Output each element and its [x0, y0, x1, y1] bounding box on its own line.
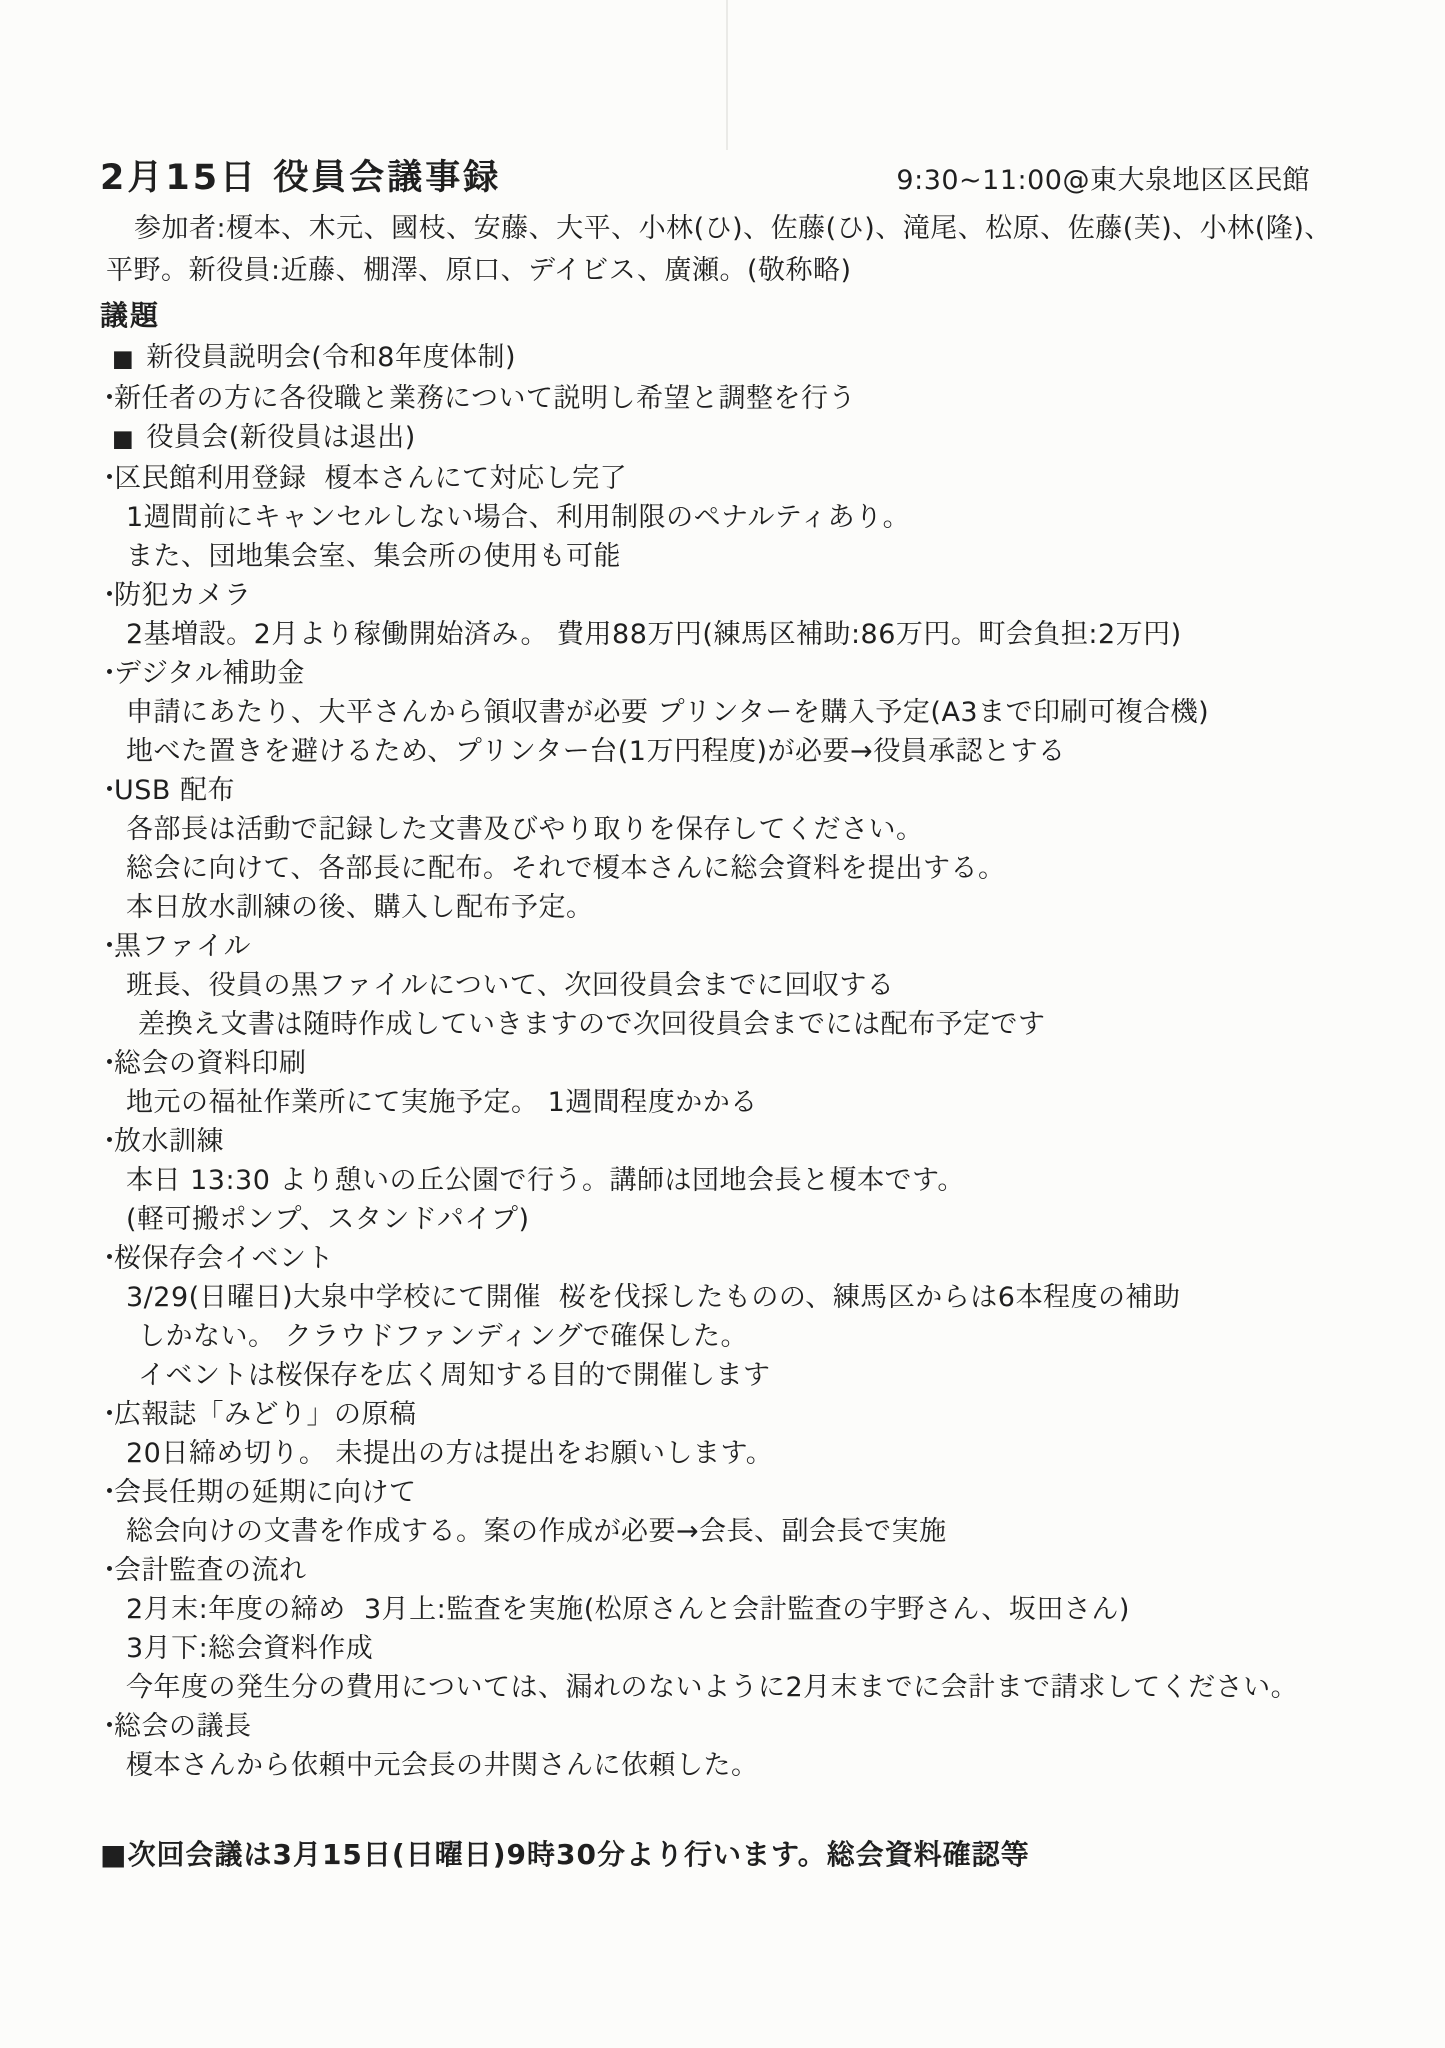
- dot-bullet-icon: ・: [96, 379, 114, 418]
- agenda-line-text: 本日放水訓練の後、購入し配布予定。: [126, 892, 594, 923]
- agenda-line: 2月末:年度の締め 3月上:監査を実施(松原さんと会計監査の宇野さん、坂田さん): [100, 1590, 1405, 1629]
- agenda-line: ・会計監査の流れ: [100, 1551, 1405, 1590]
- agenda-line: 20日締め切り。 未提出の方は提出をお願いします。: [100, 1434, 1405, 1473]
- agenda-line: 1週間前にキャンセルしない場合、利用制限のペナルティあり。: [100, 498, 1405, 537]
- agenda-line-text: 班長、役員の黒ファイルについて、次回役員会までに回収する: [126, 970, 894, 1001]
- agenda-line: ・新任者の方に各役職と業務について説明し希望と調整を行う: [100, 379, 1405, 418]
- agenda-line: ・会長任期の延期に向けて: [100, 1473, 1405, 1512]
- agenda-list: ■新役員説明会(令和8年度体制)・新任者の方に各役職と業務について説明し希望と調…: [100, 338, 1405, 1785]
- agenda-line: 今年度の発生分の費用については、漏れのないように2月末までに会計まで請求してくだ…: [100, 1668, 1405, 1707]
- agenda-line-text: 新役員説明会(令和8年度体制): [146, 342, 516, 373]
- agenda-line: 3/29(日曜日)大泉中学校にて開催 桜を伐採したものの、練馬区からは6本程度の…: [100, 1278, 1405, 1317]
- agenda-line-text: 20日締め切り。 未提出の方は提出をお願いします。: [126, 1438, 773, 1469]
- agenda-line-text: (軽可搬ポンプ、スタンドパイプ): [126, 1204, 530, 1235]
- agenda-line-text: 新任者の方に各役職と業務について説明し希望と調整を行う: [114, 383, 856, 414]
- dot-bullet-icon: ・: [96, 1044, 114, 1083]
- agenda-line: ・防犯カメラ: [100, 576, 1405, 615]
- square-bullet-icon: ■: [112, 426, 134, 452]
- dot-bullet-icon: ・: [96, 1473, 114, 1512]
- agenda-line: 差換え文書は随時作成していきますので次回役員会までには配布予定です: [100, 1005, 1405, 1044]
- dot-bullet-icon: ・: [96, 1122, 114, 1161]
- document-header: 2月15日 役員会議事録 9:30~11:00@東大泉地区区民館: [100, 158, 1405, 198]
- agenda-line: 本日 13:30 より憩いの丘公園で行う。講師は団地会長と榎本です。: [100, 1161, 1405, 1200]
- document-page: 2月15日 役員会議事録 9:30~11:00@東大泉地区区民館 参加者:榎本、…: [0, 0, 1445, 2048]
- agenda-line-text: 差換え文書は随時作成していきますので次回役員会までには配布予定です: [138, 1009, 1046, 1040]
- agenda-line-text: また、団地集会室、集会所の使用も可能: [126, 541, 621, 572]
- agenda-line-text: 桜保存会イベント: [114, 1243, 334, 1274]
- page-title: 2月15日 役員会議事録: [100, 158, 501, 198]
- agenda-line: ・桜保存会イベント: [100, 1239, 1405, 1278]
- agenda-line-text: 総会向けの文書を作成する。案の作成が必要→会長、副会長で実施: [126, 1516, 947, 1547]
- agenda-line: 申請にあたり、大平さんから領収書が必要 プリンターを購入予定(A3まで印刷可複合…: [100, 693, 1405, 732]
- agenda-line-text: 会長任期の延期に向けて: [114, 1477, 417, 1508]
- dot-bullet-icon: ・: [96, 654, 114, 693]
- scan-crease-artifact: [726, 0, 728, 150]
- agenda-line: ・放水訓練: [100, 1122, 1405, 1161]
- agenda-line: 各部長は活動で記録した文書及びやり取りを保存してください。: [100, 810, 1405, 849]
- agenda-line: ・広報誌「みどり」の原稿: [100, 1395, 1405, 1434]
- agenda-line-text: 総会の資料印刷: [114, 1048, 307, 1079]
- agenda-line-text: 1週間前にキャンセルしない場合、利用制限のペナルティあり。: [126, 502, 910, 533]
- agenda-line: ・黒ファイル: [100, 927, 1405, 966]
- agenda-line: ■新役員説明会(令和8年度体制): [100, 338, 1405, 379]
- agenda-line: (軽可搬ポンプ、スタンドパイプ): [100, 1200, 1405, 1239]
- agenda-line-text: 総会の議長: [114, 1711, 252, 1742]
- agenda-line-text: 申請にあたり、大平さんから領収書が必要 プリンターを購入予定(A3まで印刷可複合…: [126, 697, 1209, 728]
- agenda-line: ・総会の議長: [100, 1707, 1405, 1746]
- dot-bullet-icon: ・: [96, 1551, 114, 1590]
- agenda-line-text: 会計監査の流れ: [114, 1555, 307, 1586]
- agenda-line-text: 今年度の発生分の費用については、漏れのないように2月末までに会計まで請求してくだ…: [126, 1672, 1298, 1703]
- agenda-heading: 議題: [100, 296, 1405, 336]
- participants-block: 参加者:榎本、木元、國枝、安藤、大平、小林(ひ)、佐藤(ひ)、滝尾、松原、佐藤(…: [100, 208, 1405, 292]
- agenda-line: 本日放水訓練の後、購入し配布予定。: [100, 888, 1405, 927]
- agenda-line: ・総会の資料印刷: [100, 1044, 1405, 1083]
- agenda-line: ・区民館利用登録 榎本さんにて対応し完了: [100, 459, 1405, 498]
- agenda-line: ■役員会(新役員は退出): [100, 418, 1405, 459]
- agenda-line-text: 黒ファイル: [114, 931, 251, 962]
- agenda-line: 3月下:総会資料作成: [100, 1629, 1405, 1668]
- agenda-line: 地元の福祉作業所にて実施予定。 1週間程度かかる: [100, 1083, 1405, 1122]
- agenda-line-text: USB 配布: [114, 775, 235, 806]
- agenda-line-text: デジタル補助金: [114, 658, 305, 689]
- agenda-line-text: 2基増設。2月より稼働開始済み。 費用88万円(練馬区補助:86万円。町会負担:…: [126, 619, 1182, 650]
- agenda-line: しかない。 クラウドファンディングで確保した。: [100, 1317, 1405, 1356]
- agenda-line: ・デジタル補助金: [100, 654, 1405, 693]
- agenda-line: 総会に向けて、各部長に配布。それで榎本さんに総会資料を提出する。: [100, 849, 1405, 888]
- agenda-line-text: 役員会(新役員は退出): [146, 422, 416, 453]
- dot-bullet-icon: ・: [96, 927, 114, 966]
- agenda-line-text: 総会に向けて、各部長に配布。それで榎本さんに総会資料を提出する。: [126, 853, 1005, 884]
- agenda-line-text: 地べた置きを避けるため、プリンター台(1万円程度)が必要→役員承認とする: [126, 736, 1066, 767]
- agenda-line-text: 地元の福祉作業所にて実施予定。 1週間程度かかる: [126, 1087, 758, 1118]
- agenda-line-text: 広報誌「みどり」の原稿: [114, 1399, 417, 1430]
- dot-bullet-icon: ・: [96, 1707, 114, 1746]
- dot-bullet-icon: ・: [96, 576, 114, 615]
- agenda-line: 地べた置きを避けるため、プリンター台(1万円程度)が必要→役員承認とする: [100, 732, 1405, 771]
- dot-bullet-icon: ・: [96, 459, 114, 498]
- square-bullet-icon: ■: [112, 346, 134, 372]
- session-time-location: 9:30~11:00@東大泉地区区民館: [896, 163, 1310, 198]
- agenda-line: 榎本さんから依頼中元会長の井関さんに依頼した。: [100, 1746, 1405, 1785]
- agenda-line: イベントは桜保存を広く周知する目的で開催します: [100, 1356, 1405, 1395]
- next-meeting-note: ■次回会議は3月15日(日曜日)9時30分より行います。総会資料確認等: [100, 1833, 1405, 1873]
- agenda-line-text: 本日 13:30 より憩いの丘公園で行う。講師は団地会長と榎本です。: [126, 1165, 965, 1196]
- dot-bullet-icon: ・: [96, 771, 114, 810]
- dot-bullet-icon: ・: [96, 1395, 114, 1434]
- participants-line: 参加者:榎本、木元、國枝、安藤、大平、小林(ひ)、佐藤(ひ)、滝尾、松原、佐藤(…: [106, 208, 1405, 250]
- dot-bullet-icon: ・: [96, 1239, 114, 1278]
- agenda-line: 班長、役員の黒ファイルについて、次回役員会までに回収する: [100, 966, 1405, 1005]
- agenda-line: 2基増設。2月より稼働開始済み。 費用88万円(練馬区補助:86万円。町会負担:…: [100, 615, 1405, 654]
- agenda-line-text: しかない。 クラウドファンディングで確保した。: [138, 1321, 748, 1352]
- agenda-line-text: 各部長は活動で記録した文書及びやり取りを保存してください。: [126, 814, 924, 845]
- agenda-line-text: 3月下:総会資料作成: [126, 1633, 373, 1664]
- agenda-line-text: 放水訓練: [114, 1126, 224, 1157]
- agenda-line-text: イベントは桜保存を広く周知する目的で開催します: [138, 1360, 771, 1391]
- agenda-line-text: 3/29(日曜日)大泉中学校にて開催 桜を伐採したものの、練馬区からは6本程度の…: [126, 1282, 1180, 1313]
- agenda-line-text: 防犯カメラ: [114, 580, 252, 611]
- agenda-line: 総会向けの文書を作成する。案の作成が必要→会長、副会長で実施: [100, 1512, 1405, 1551]
- agenda-line-text: 榎本さんから依頼中元会長の井関さんに依頼した。: [126, 1750, 759, 1781]
- agenda-line-text: 区民館利用登録 榎本さんにて対応し完了: [114, 463, 627, 494]
- participants-line: 平野。新役員:近藤、棚澤、原口、デイビス、廣瀬。(敬称略): [106, 250, 1405, 292]
- agenda-line: また、団地集会室、集会所の使用も可能: [100, 537, 1405, 576]
- agenda-line: ・USB 配布: [100, 771, 1405, 810]
- agenda-line-text: 2月末:年度の締め 3月上:監査を実施(松原さんと会計監査の宇野さん、坂田さん): [126, 1594, 1130, 1625]
